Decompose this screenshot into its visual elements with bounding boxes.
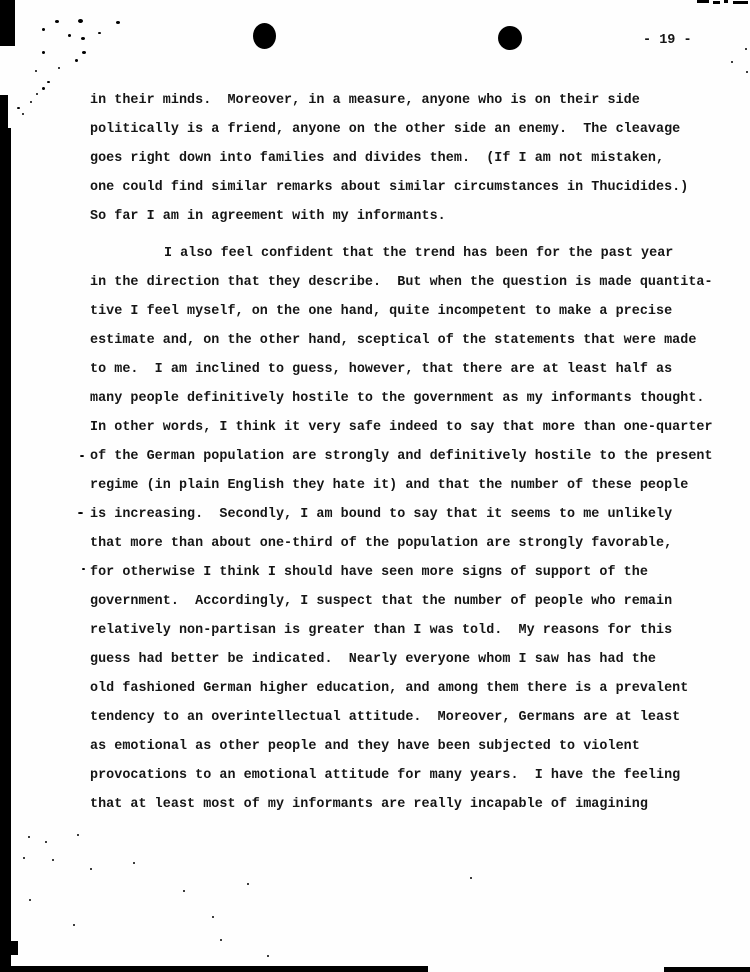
scan-noise-speck: [55, 20, 59, 23]
scanned-document-page: - 19 - in their minds. Moreover, in a me…: [0, 0, 750, 972]
scan-noise-speck: [267, 955, 269, 957]
text-line: estimate and, on the other hand, sceptic…: [90, 326, 713, 355]
scan-noise-speck: [470, 877, 472, 879]
scan-noise-speck: [90, 868, 92, 870]
scan-noise-speck: [35, 70, 37, 72]
body-text: in their minds. Moreover, in a measure, …: [90, 86, 713, 819]
scan-noise-speck: [77, 834, 79, 836]
scan-noise-speck: [82, 568, 85, 570]
scan-edge-top-dash: [733, 1, 748, 4]
scan-noise-speck: [29, 899, 31, 901]
scan-noise-speck: [42, 51, 45, 54]
scan-noise-speck: [81, 37, 85, 40]
scan-noise-speck: [80, 455, 84, 457]
scan-noise-speck: [746, 71, 748, 73]
text-line: one could find similar remarks about sim…: [90, 173, 713, 202]
scan-edge-left-top: [0, 0, 15, 46]
text-line: old fashioned German higher education, a…: [90, 674, 713, 703]
scan-edge-top-dash: [697, 0, 709, 3]
scan-noise-speck: [47, 81, 50, 83]
scan-noise-speck: [30, 101, 32, 103]
text-line: relatively non-partisan is greater than …: [90, 616, 713, 645]
scan-noise-speck: [42, 28, 45, 31]
text-line: to me. I am inclined to guess, however, …: [90, 355, 713, 384]
scan-noise-speck: [28, 836, 30, 838]
text-line: regime (in plain English they hate it) a…: [90, 471, 713, 500]
scan-edge-left-blob: [0, 95, 8, 130]
text-line: in their minds. Moreover, in a measure, …: [90, 86, 713, 115]
text-line: So far I am in agreement with my informa…: [90, 202, 713, 231]
scan-noise-speck: [247, 883, 249, 885]
scan-noise-speck: [82, 51, 86, 54]
scan-noise-speck: [98, 32, 101, 34]
punch-hole-left: [253, 23, 276, 49]
scan-noise-speck: [45, 841, 47, 843]
scan-noise-speck: [42, 87, 45, 90]
scan-edge-left: [0, 128, 11, 972]
scan-edge-bottom-left: [0, 966, 428, 972]
scan-edge-top-dash: [724, 0, 728, 3]
text-line: that more than about one-third of the po…: [90, 529, 713, 558]
text-line: In other words, I think it very safe ind…: [90, 413, 713, 442]
scan-noise-speck: [36, 93, 38, 95]
scan-noise-speck: [133, 862, 135, 864]
scan-noise-speck: [22, 113, 24, 115]
scan-edge-top-dash: [713, 1, 720, 4]
scan-noise-speck: [78, 19, 83, 23]
scan-noise-speck: [220, 939, 222, 941]
text-line-paragraph-start: I also feel confident that the trend has…: [90, 239, 713, 268]
text-line: tive I feel myself, on the one hand, qui…: [90, 297, 713, 326]
page-number: - 19 -: [643, 33, 692, 48]
text-line: as emotional as other people and they ha…: [90, 732, 713, 761]
scan-edge-left-foot: [0, 941, 18, 955]
scan-noise-speck: [68, 34, 71, 37]
scan-noise-speck: [116, 21, 120, 24]
text-line: tendency to an overintellectual attitude…: [90, 703, 713, 732]
scan-noise-speck: [731, 61, 733, 63]
scan-edge-bottom-right: [664, 967, 750, 972]
text-line: is increasing. Secondly, I am bound to s…: [90, 500, 713, 529]
text-line: in the direction that they describe. But…: [90, 268, 713, 297]
scan-noise-speck: [23, 857, 25, 859]
text-line: for otherwise I think I should have seen…: [90, 558, 713, 587]
scan-noise-speck: [745, 48, 747, 50]
text-line: of the German population are strongly an…: [90, 442, 713, 471]
scan-noise-speck: [52, 859, 54, 861]
scan-noise-speck: [73, 924, 75, 926]
scan-noise-speck: [212, 916, 214, 918]
scan-noise-speck: [75, 59, 78, 62]
text-line: provocations to an emotional attitude fo…: [90, 761, 713, 790]
punch-hole-right: [498, 26, 522, 50]
scan-noise-speck: [183, 890, 185, 892]
scan-noise-speck: [58, 67, 60, 69]
text-line: goes right down into families and divide…: [90, 144, 713, 173]
text-line: guess had better be indicated. Nearly ev…: [90, 645, 713, 674]
text-line: many people definitively hostile to the …: [90, 384, 713, 413]
scan-noise-speck: [17, 107, 20, 109]
scan-noise-speck: [78, 512, 83, 514]
text-line: that at least most of my informants are …: [90, 790, 713, 819]
text-line: politically is a friend, anyone on the o…: [90, 115, 713, 144]
text-line: government. Accordingly, I suspect that …: [90, 587, 713, 616]
